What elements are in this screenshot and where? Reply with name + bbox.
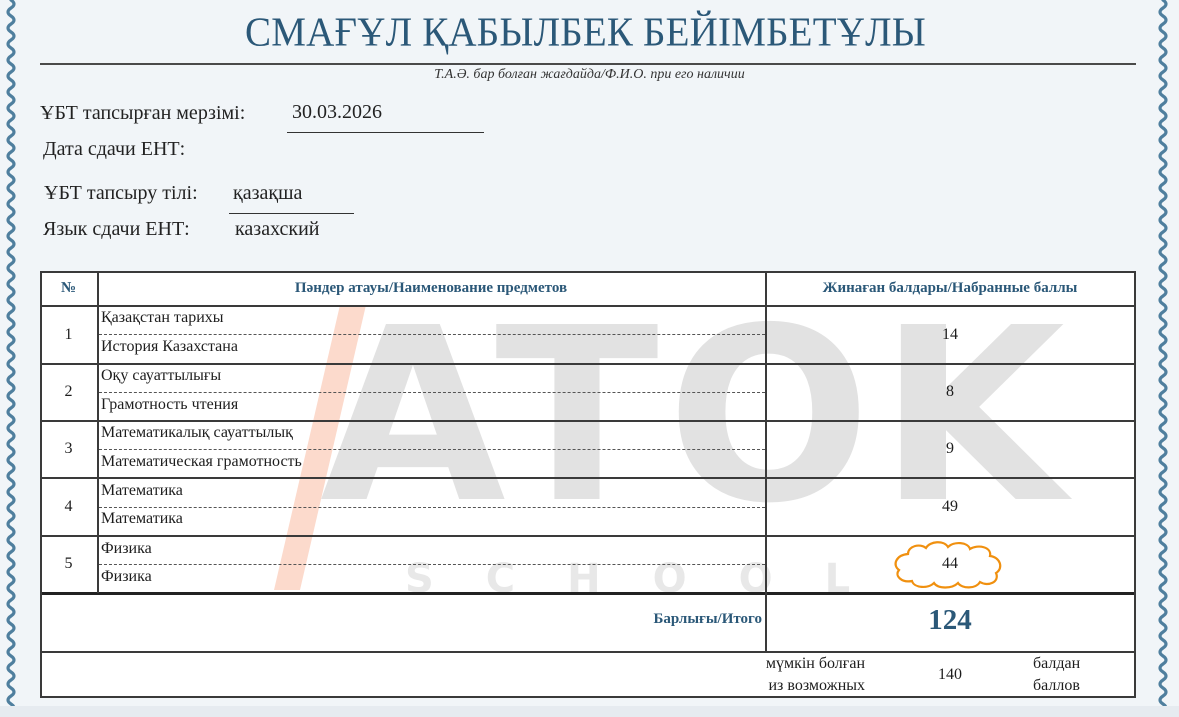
row-number: 3 <box>40 440 97 458</box>
max-score: 140 <box>920 664 980 686</box>
subject-name-ru: Грамотность чтения <box>101 396 238 414</box>
row-number: 5 <box>40 555 97 573</box>
exam-language-label-kz: ҰБТ тапсыру тілі: <box>44 182 198 205</box>
exam-date-value: 30.03.2026 <box>292 101 382 124</box>
row-number: 2 <box>40 383 97 401</box>
header-number: № <box>40 280 97 297</box>
subject-name-ru: Математика <box>101 510 183 528</box>
row-dotted-divider <box>99 507 765 508</box>
subject-score: 8 <box>765 383 1135 401</box>
row-divider <box>40 535 1136 537</box>
subject-name-kz: Қазақстан тарихы <box>101 309 224 327</box>
certificate-page: СМАҒҰЛ ҚАБЫЛБЕК БЕЙІМБЕТҰЛЫ Т.А.Ә. бар б… <box>0 0 1179 706</box>
subjects-bottom-line <box>40 592 1136 595</box>
total-label: Барлығы/Итого <box>560 611 762 628</box>
exam-language-label-ru: Язык сдачи ЕНТ: <box>43 218 190 241</box>
name-underline <box>40 63 1136 65</box>
row-divider <box>40 420 1136 422</box>
max-prefix-kz: мүмкін болған <box>745 653 865 675</box>
subject-name-ru: Математическая грамотность <box>101 453 302 471</box>
subject-name-kz: Математикалық сауаттылық <box>101 424 293 442</box>
header-bottom-line <box>40 305 1136 307</box>
left-decorative-border <box>4 0 18 706</box>
subject-score: 14 <box>765 326 1135 344</box>
row-number: 1 <box>40 326 97 344</box>
exam-date-label-ru: Дата сдачи ЕНТ: <box>43 138 185 161</box>
exam-date-label-kz: ҰБТ тапсырған мерзімі: <box>40 102 245 125</box>
right-decorative-border <box>1156 0 1170 706</box>
total-score: 124 <box>765 604 1135 637</box>
subject-name-ru: Физика <box>101 568 152 586</box>
student-full-name: СМАҒҰЛ ҚАБЫЛБЕК БЕЙІМБЕТҰЛЫ <box>0 10 1179 55</box>
max-prefix-ru: из возможных <box>745 675 865 697</box>
exam-language-value-kz: қазақша <box>233 182 302 205</box>
subject-score-highlighted: 44 <box>765 555 1135 573</box>
row-number: 4 <box>40 498 97 516</box>
max-suffix-kz: балдан <box>1033 653 1080 675</box>
subject-score: 49 <box>765 498 1135 516</box>
table-border-top <box>40 271 1136 273</box>
header-score: Жинаған балдары/Набранные баллы <box>765 280 1135 297</box>
exam-language-value-ru: казахский <box>235 218 320 241</box>
full-name-caption: Т.А.Ә. бар болған жағдайда/Ф.И.О. при ег… <box>0 67 1179 83</box>
row-dotted-divider <box>99 564 765 565</box>
table-border-bottom <box>40 696 1136 698</box>
row-dotted-divider <box>99 449 765 450</box>
subject-name-kz: Оқу сауаттылығы <box>101 367 221 385</box>
subject-name-kz: Математика <box>101 482 183 500</box>
max-suffix-ru: баллов <box>1033 675 1080 697</box>
subject-name-kz: Физика <box>101 540 152 558</box>
row-divider <box>40 363 1136 365</box>
number-column-divider <box>97 271 99 593</box>
subject-name-ru: История Казахстана <box>101 338 238 356</box>
total-bottom-line <box>40 651 1136 653</box>
row-dotted-divider <box>99 392 765 393</box>
exam-language-underline <box>229 213 354 214</box>
bottom-strip <box>0 706 1179 717</box>
row-dotted-divider <box>99 334 765 335</box>
row-divider <box>40 477 1136 479</box>
subject-score: 9 <box>765 440 1135 458</box>
header-subject: Пәндер атауы/Наименование предметов <box>97 280 765 297</box>
exam-date-underline <box>287 132 484 133</box>
